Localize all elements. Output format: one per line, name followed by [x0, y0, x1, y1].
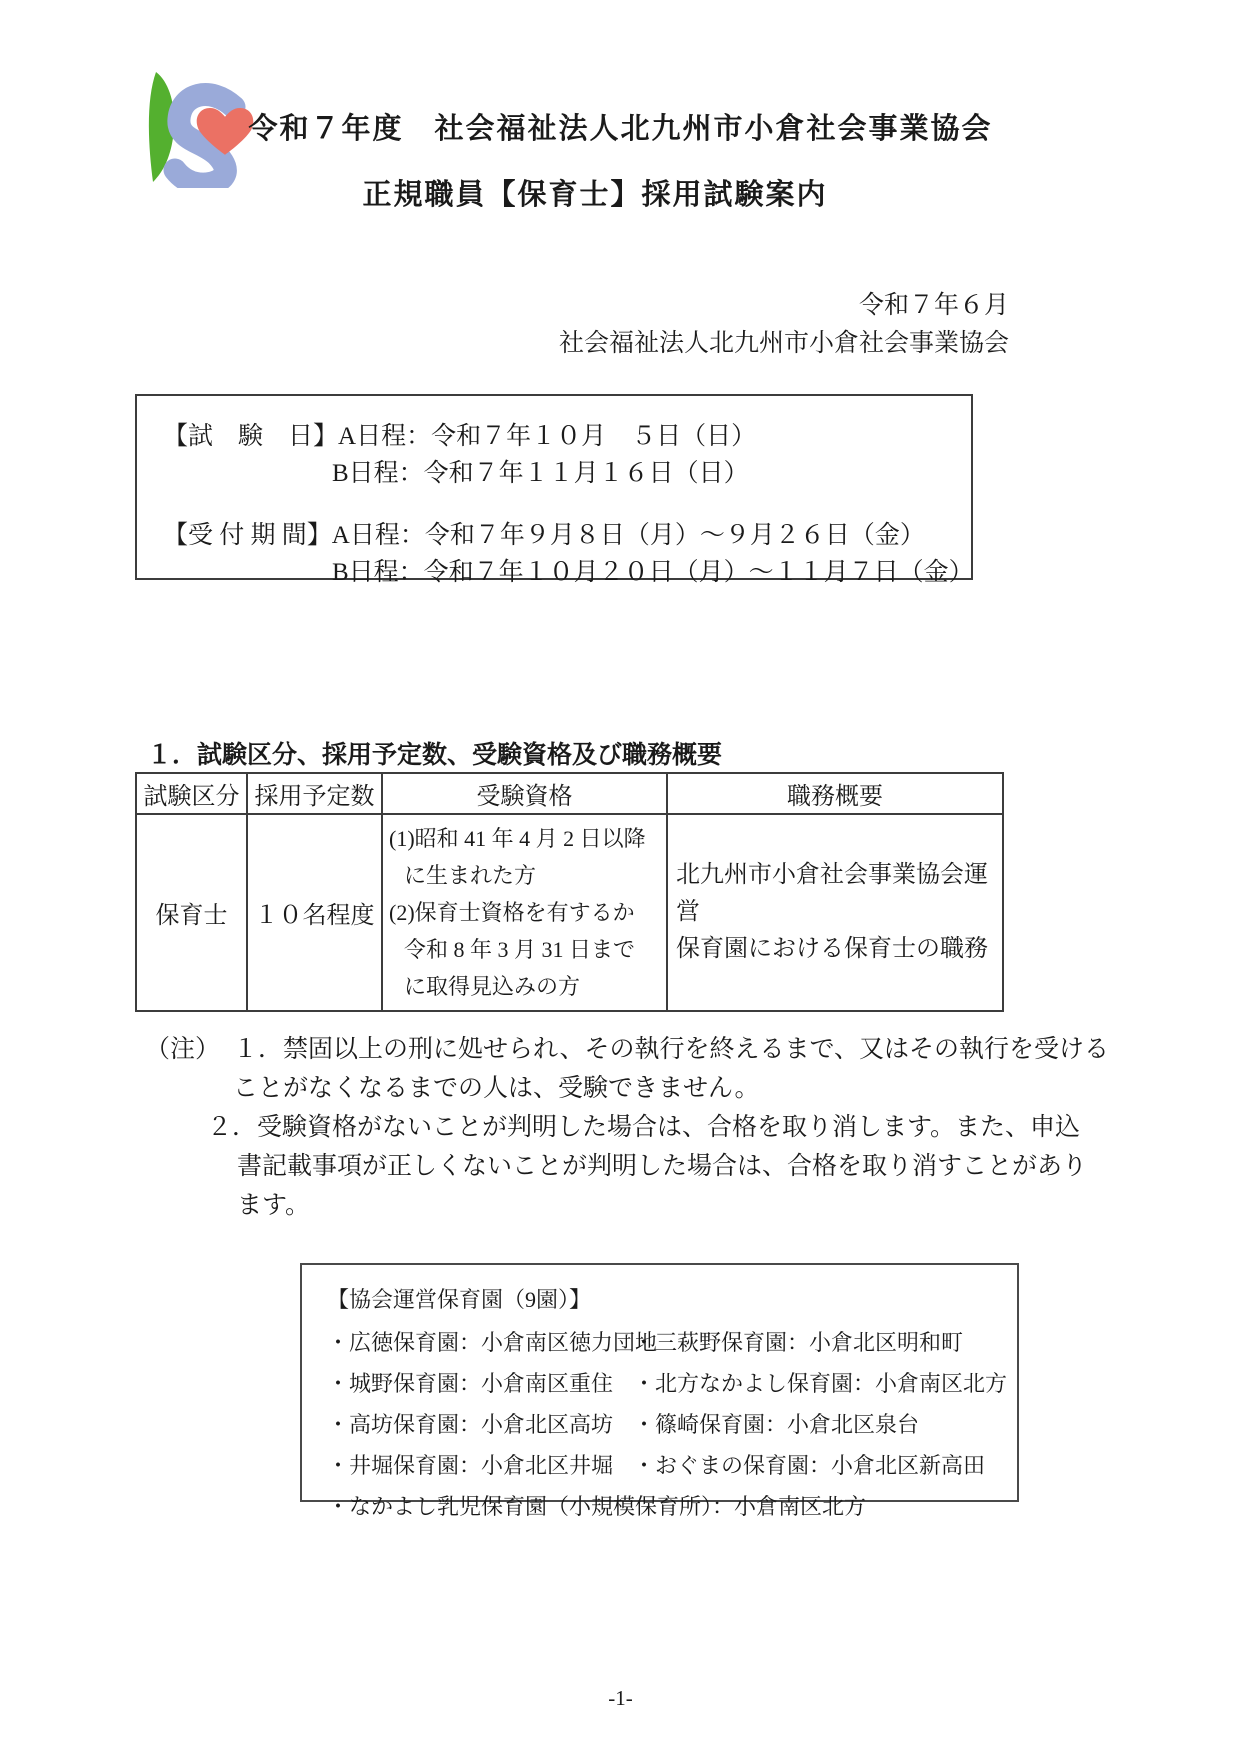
- notes-block: （注）１．禁固以上の刑に処せられ、その執行を終えるまで、又はその執行を受ける こ…: [145, 1030, 1065, 1225]
- cell-planned-number: １０名程度: [247, 814, 382, 1011]
- exam-date-b: B日程：令和７年１１月１６日（日）: [332, 460, 749, 487]
- header-duty-summary: 職務概要: [667, 773, 1003, 814]
- duty-line1: 北九州市小倉社会事業協会運営: [676, 857, 996, 931]
- application-period-line-b: B日程：令和７年１０月２０日（月）～１１月７日（金）: [163, 554, 971, 591]
- application-period-a: A日程：令和７年９月８日（月）～９月２６日（金）: [332, 522, 925, 549]
- cell-qualification: (1)昭和 41 年 4 月 2 日以降 に生まれた方 (2)保育士資格を有する…: [382, 814, 667, 1011]
- list-item: ・城野保育園：小倉南区重住: [327, 1363, 633, 1404]
- issued-organization: 社会福祉法人北九州市小倉社会事業協会: [559, 325, 1009, 363]
- page-number: -1-: [0, 1686, 1241, 1711]
- section1-heading: １．試験区分、採用予定数、受験資格及び職務概要: [147, 735, 722, 771]
- list-item-full-width: ・なかよし乳児保育園（小規模保育所）：小倉南区北方: [327, 1486, 1017, 1527]
- cell-duty-summary: 北九州市小倉社会事業協会運営 保育園における保育士の職務: [667, 814, 1003, 1011]
- note2-text1: 受験資格がないことが判明した場合は、合格を取り消します。また、申込: [257, 1114, 1080, 1141]
- header-qualification: 受験資格: [382, 773, 667, 814]
- table-row: 保育士 １０名程度 (1)昭和 41 年 4 月 2 日以降 に生まれた方 (2…: [136, 814, 1003, 1011]
- list-item: ・井堀保育園：小倉北区井堀: [327, 1445, 633, 1486]
- note2-number: ２．: [207, 1114, 257, 1141]
- duty-line2: 保育園における保育士の職務: [676, 931, 996, 968]
- nursery-list-box: 【協会運営保育園（9園）】 ・広徳保育園：小倉南区徳力団地 ・三萩野保育園：小倉…: [300, 1263, 1019, 1502]
- list-item: ・高坊保育園：小倉北区高坊: [327, 1404, 633, 1445]
- cell-exam-category: 保育士: [136, 814, 247, 1011]
- schedule-box: 【試 験 日】A日程：令和７年１０月 ５日（日） B日程：令和７年１１月１６日（…: [135, 394, 973, 580]
- qualification-line1: (1)昭和 41 年 4 月 2 日以降: [389, 820, 662, 857]
- schedule-gap: [163, 492, 971, 517]
- note1-line1: （注）１．禁固以上の刑に処せられ、その執行を終えるまで、又はその執行を受ける: [145, 1030, 1065, 1069]
- header-planned-number: 採用予定数: [247, 773, 382, 814]
- application-period-b: B日程：令和７年１０月２０日（月）～１１月７日（金）: [332, 559, 974, 586]
- note1-text1: 禁固以上の刑に処せられ、その執行を終えるまで、又はその執行を受ける: [283, 1036, 1109, 1063]
- list-item: ・篠崎保育園：小倉北区泉台: [633, 1404, 1017, 1445]
- list-item: ・三萩野保育園：小倉北区明和町: [633, 1322, 1017, 1363]
- document-title-line2: 正規職員【保育士】採用試験案内: [0, 172, 1190, 213]
- nursery-grid: ・広徳保育園：小倉南区徳力団地 ・三萩野保育園：小倉北区明和町 ・城野保育園：小…: [327, 1322, 1017, 1486]
- note2-line2: 書記載事項が正しくないことが判明した場合は、合格を取り消すことがあり: [145, 1147, 1065, 1186]
- qualification-line2: に生まれた方: [389, 857, 662, 894]
- issued-block: 令和７年６月 社会福祉法人北九州市小倉社会事業協会: [559, 287, 1009, 363]
- document-page: 令和７年度 社会福祉法人北九州市小倉社会事業協会 正規職員【保育士】採用試験案内…: [0, 0, 1241, 1755]
- note1-line2: ことがなくなるまでの人は、受験できません。: [145, 1069, 1065, 1108]
- exam-date-line-a: 【試 験 日】A日程：令和７年１０月 ５日（日）: [163, 418, 971, 455]
- nursery-box-heading: 【協会運営保育園（9園）】: [327, 1279, 1017, 1320]
- list-item: ・北方なかよし保育園：小倉南区北方: [633, 1363, 1017, 1404]
- issued-date: 令和７年６月: [559, 287, 1009, 325]
- exam-date-line-b: B日程：令和７年１１月１６日（日）: [163, 455, 971, 492]
- qualification-line3: (2)保育士資格を有するか: [389, 894, 662, 931]
- header-exam-category: 試験区分: [136, 773, 247, 814]
- application-period-label: 【受 付 期 間】: [163, 522, 332, 549]
- exam-date-label: 【試 験 日】: [163, 423, 338, 450]
- table-header-row: 試験区分 採用予定数 受験資格 職務概要: [136, 773, 1003, 814]
- note2-line1: ２．受験資格がないことが判明した場合は、合格を取り消します。また、申込: [145, 1108, 1065, 1147]
- qualification-line4: 令和 8 年 3 月 31 日まで: [389, 931, 662, 968]
- application-period-line-a: 【受 付 期 間】A日程：令和７年９月８日（月）～９月２６日（金）: [163, 517, 971, 554]
- exam-date-a: A日程：令和７年１０月 ５日（日）: [338, 423, 756, 450]
- document-title-line1: 令和７年度 社会福祉法人北九州市小倉社会事業協会: [0, 106, 1241, 147]
- list-item: ・おぐまの保育園：小倉北区新高田: [633, 1445, 1017, 1486]
- list-item: ・広徳保育園：小倉南区徳力団地: [327, 1322, 633, 1363]
- notes-label: （注）: [145, 1036, 220, 1063]
- note1-number: １．: [233, 1036, 283, 1063]
- note2-line3: ます。: [145, 1186, 1065, 1225]
- exam-category-table: 試験区分 採用予定数 受験資格 職務概要 保育士 １０名程度 (1)昭和 41 …: [135, 772, 1004, 1012]
- qualification-line5: に取得見込みの方: [389, 968, 662, 1005]
